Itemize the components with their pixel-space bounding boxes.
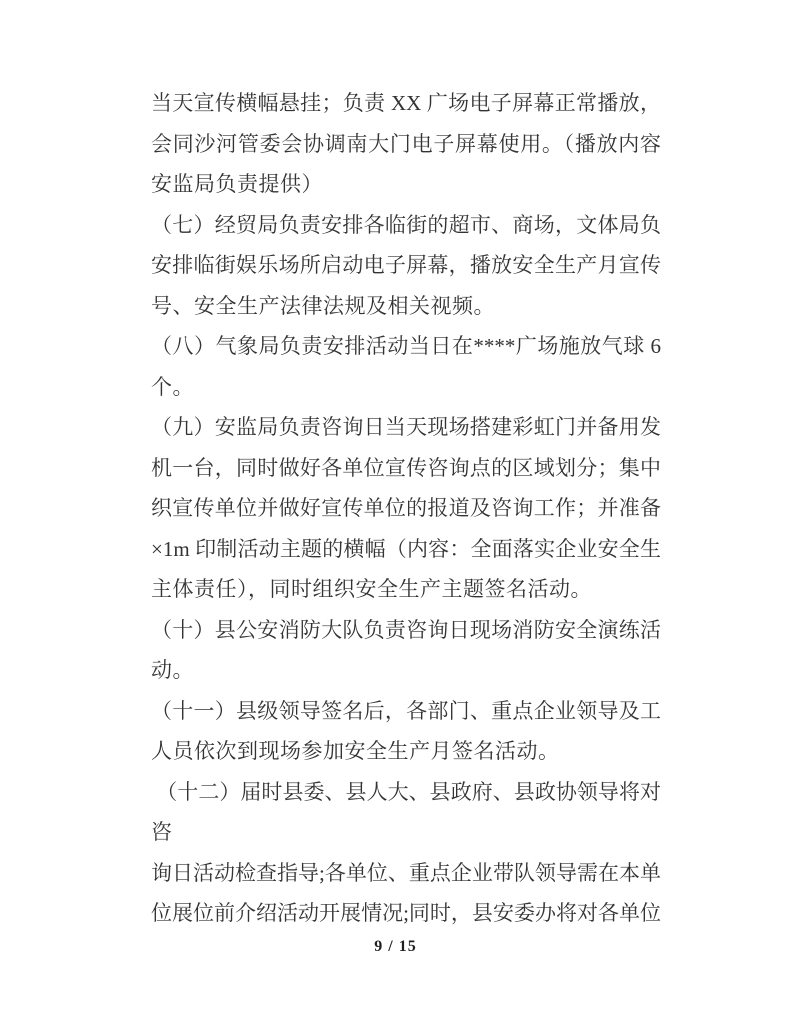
text-line: （十）县公安消防大队负责咨询日现场消防安全演练活 [151, 610, 661, 651]
text-line: 询日活动检查指导;各单位、重点企业带队领导需在本单 [151, 853, 661, 894]
text-line: （十二）届时县委、县人大、县政府、县政协领导将对 [151, 772, 661, 813]
text-line: 人员依次到现场参加安全生产月签名活动。 [151, 731, 661, 772]
text-line: 主体责任），同时组织安全生产主题签名活动。 [151, 569, 661, 610]
document-body: 当天宣传横幅悬挂；负责 XX 广场电子屏幕正常播放，并会同沙河管委会协调南大门电… [151, 83, 661, 934]
text-line: 机一台，同时做好各单位宣传咨询点的区域划分；集中组 [151, 448, 661, 489]
text-line: 位展位前介绍活动开展情况;同时，县安委办将对各单位 [151, 893, 661, 934]
text-line: 咨 [151, 812, 661, 853]
text-line: 个。 [151, 367, 661, 408]
text-line: （十一）县级领导签名后，各部门、重点企业领导及工作 [151, 691, 661, 732]
text-line: 安排临街娱乐场所启动电子屏幕，播放安全生产月宣传口 [151, 245, 661, 286]
page-number: 9 / 15 [374, 938, 416, 956]
page-footer: 9 / 15 [0, 938, 791, 962]
text-line: 安监局负责提供） [151, 164, 661, 205]
text-line: （九）安监局负责咨询日当天现场搭建彩虹门并备用发电 [151, 407, 661, 448]
text-line: 会同沙河管委会协调南大门电子屏幕使用。（播放内容由 [151, 124, 661, 165]
text-line: 号、安全生产法律法规及相关视频。 [151, 286, 661, 327]
text-line: （七）经贸局负责安排各临街的超市、商场，文体局负责 [151, 205, 661, 246]
text-line: （八）气象局负责安排活动当日在****广场施放气球 6 [151, 326, 661, 367]
text-line: 织宣传单位并做好宣传单位的报道及咨询工作；并准备 6m [151, 488, 661, 529]
text-line: 当天宣传横幅悬挂；负责 XX 广场电子屏幕正常播放，并 [151, 83, 661, 124]
text-line: 动。 [151, 650, 661, 691]
text-line: ×1m 印制活动主题的横幅（内容：全面落实企业安全生产 [151, 529, 661, 570]
document-page: 当天宣传横幅悬挂；负责 XX 广场电子屏幕正常播放，并会同沙河管委会协调南大门电… [0, 0, 791, 1024]
